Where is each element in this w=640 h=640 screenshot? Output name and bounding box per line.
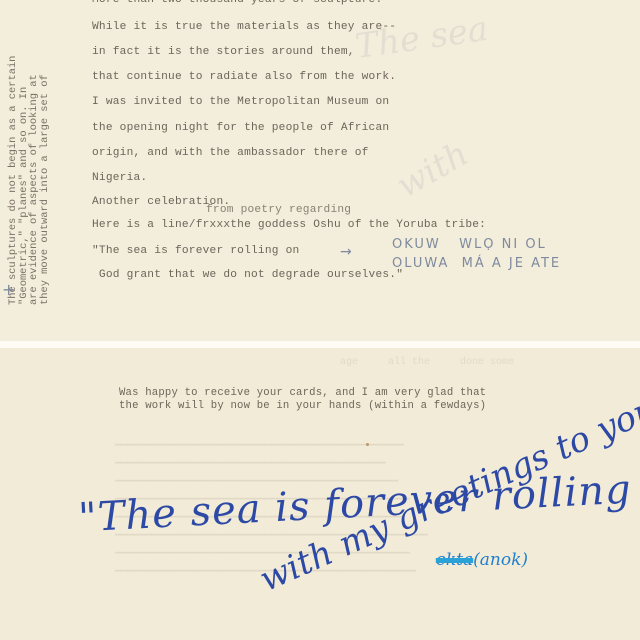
- struck-word: ekta: [436, 550, 473, 570]
- page-divider: [0, 341, 640, 348]
- show-through-text: age all the done some: [340, 354, 514, 372]
- arrow-icon: →: [340, 244, 352, 260]
- struck-paren: (anok): [473, 550, 528, 570]
- typed-line: Was happy to receive your cards, and I a…: [119, 388, 486, 399]
- typed-line: Nigeria.: [92, 173, 147, 184]
- typed-line: "The sea is forever rolling on: [92, 246, 299, 257]
- margin-line: they move outward into a large set of: [40, 5, 51, 305]
- typed-line: More than two thousand years of sculptur…: [92, 0, 382, 6]
- paper-speck: [366, 443, 369, 446]
- typed-line: While it is true the materials as they a…: [92, 22, 396, 33]
- show-through-handwriting: with: [390, 134, 475, 206]
- typed-line: God grant that we do not degrade ourselv…: [92, 270, 403, 281]
- typed-line: the work will by now be in your hands (w…: [119, 401, 486, 412]
- margin-line: The sculptures do not begin as a certain: [8, 5, 19, 305]
- struck-handwriting: ekta(anok): [425, 530, 528, 570]
- plus-mark-icon: +: [2, 280, 15, 299]
- rotated-margin-text: The sculptures do not begin as a certain…: [8, 5, 50, 305]
- typed-insertion: from poetry regarding: [206, 205, 351, 216]
- show-through-handwriting: The sea: [353, 9, 491, 67]
- typed-line: in fact it is the stories around them,: [92, 47, 355, 58]
- typed-line: Here is a line/frxxxthe goddess Oshu of …: [92, 220, 486, 231]
- typed-line: the opening night for the people of Afri…: [92, 123, 389, 134]
- typed-line: origin, and with the ambassador there of: [92, 148, 369, 159]
- top-typewritten-page: The sea with More than two thousand year…: [0, 0, 640, 341]
- typed-line: I was invited to the Metropolitan Museum…: [92, 97, 389, 108]
- pencil-yoruba-line: OKUW WLỌ NI OL: [392, 237, 547, 252]
- pencil-yoruba-line: OLUWA MÁ A JE ATE: [392, 256, 561, 271]
- margin-line: are evidence of aspects of looking at: [29, 5, 40, 305]
- typed-line: that continue to radiate also from the w…: [92, 72, 396, 83]
